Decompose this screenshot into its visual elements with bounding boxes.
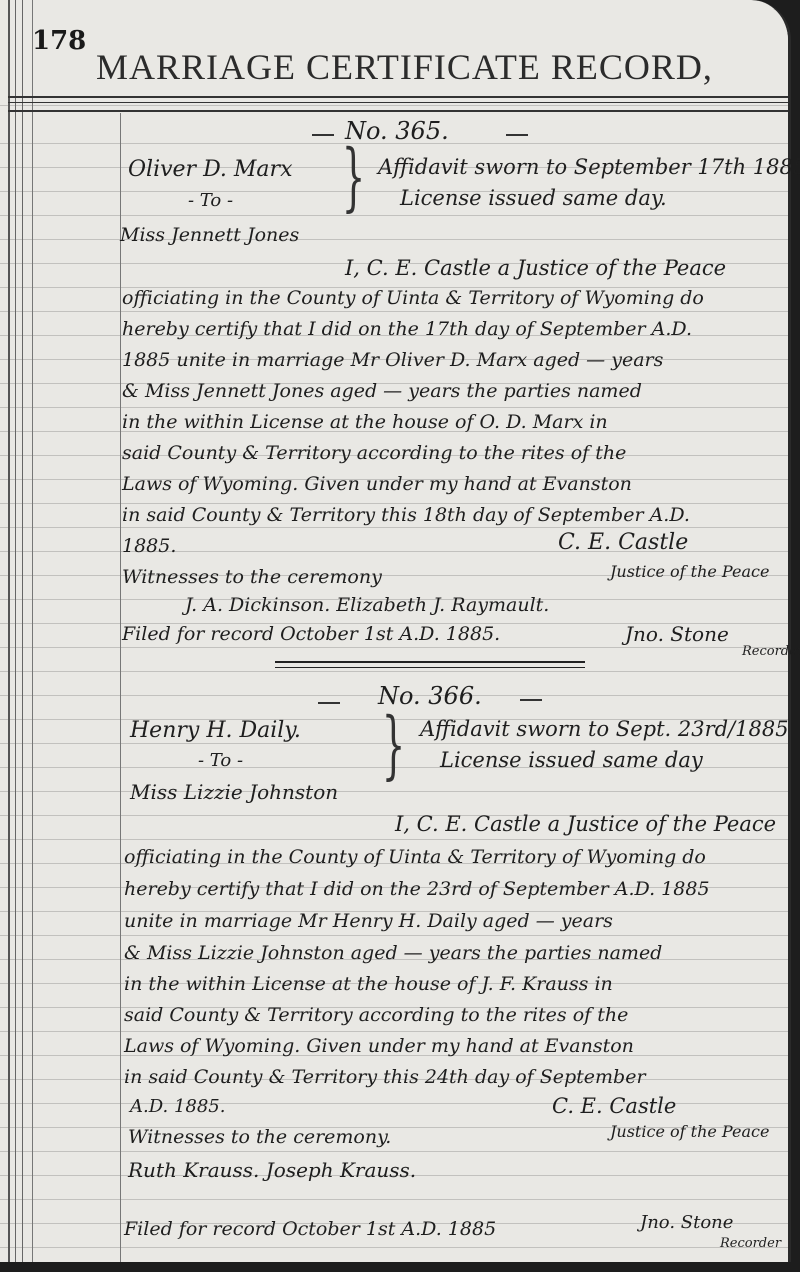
body-line: 1885 unite in marriage Mr Oliver D. Marx…	[122, 349, 663, 371]
body-line: I, C. E. Castle a Justice of the Peace	[395, 812, 776, 836]
body-line: in said County & Territory this 18th day…	[122, 504, 690, 526]
to-label: - To -	[188, 190, 233, 211]
officiant-title: Justice of the Peace	[610, 1122, 769, 1141]
to-label: - To -	[198, 750, 243, 771]
body-line: in said County & Territory this 24th day…	[124, 1066, 646, 1088]
left-margin-rules	[8, 0, 33, 1262]
officiant-signature: C. E. Castle	[558, 530, 688, 555]
body-line: said County & Territory according to the…	[122, 442, 626, 464]
page-title: MARRIAGE CERTIFICATE RECORD,	[96, 46, 713, 88]
groom-name: Henry H. Daily.	[130, 718, 301, 743]
margin-column-line	[120, 113, 121, 1262]
body-line: Laws of Wyoming. Given under my hand at …	[122, 473, 632, 495]
body-line: in the within License at the house of O.…	[122, 411, 608, 433]
body-line: Laws of Wyoming. Given under my hand at …	[124, 1035, 634, 1057]
affidavit-text: Affidavit sworn to September 17th 1885	[378, 155, 800, 179]
recorder-signature: Jno. Stone	[640, 1212, 733, 1233]
bride-name: Miss Lizzie Johnston	[130, 780, 338, 804]
body-line: & Miss Lizzie Johnston aged — years the …	[124, 942, 662, 964]
record-divider	[275, 661, 585, 668]
bride-name: Miss Jennett Jones	[120, 224, 299, 246]
dash-right	[506, 134, 528, 136]
ledger-page: 178 MARRIAGE CERTIFICATE RECORD, No. 365…	[0, 0, 791, 1262]
officiant-title: Justice of the Peace	[610, 562, 769, 581]
body-line: officiating in the County of Uinta & Ter…	[122, 287, 704, 309]
witnesses-label: Witnesses to the ceremony	[122, 566, 382, 588]
page-number: 178	[32, 26, 86, 56]
brace-icon: }	[382, 708, 406, 782]
witnesses-label: Witnesses to the ceremony.	[128, 1126, 391, 1148]
witnesses-names: Ruth Krauss. Joseph Krauss.	[128, 1158, 416, 1182]
body-line: officiating in the County of Uinta & Ter…	[124, 846, 706, 868]
body-line: I, C. E. Castle a Justice of the Peace	[345, 256, 726, 280]
dash-right	[520, 699, 542, 701]
recorder-title: Recorder	[742, 644, 800, 659]
header-triple-rule	[8, 96, 788, 112]
officiant-signature: C. E. Castle	[552, 1094, 676, 1118]
body-line: A.D. 1885.	[130, 1096, 225, 1117]
body-line: in the within License at the house of J.…	[124, 973, 613, 995]
license-text: License issued same day.	[400, 186, 667, 210]
dash-left	[312, 134, 334, 136]
recorder-title: Recorder	[720, 1236, 781, 1251]
license-text: License issued same day	[440, 748, 703, 772]
body-line: 1885.	[122, 535, 176, 557]
groom-name: Oliver D. Marx	[128, 157, 292, 182]
filed-text: Filed for record October 1st A.D. 1885.	[122, 623, 500, 645]
brace-icon: }	[342, 140, 366, 214]
body-line: hereby certify that I did on the 23rd of…	[124, 878, 710, 900]
affidavit-text: Affidavit sworn to Sept. 23rd/1885	[420, 717, 789, 741]
filed-text: Filed for record October 1st A.D. 1885	[124, 1218, 496, 1240]
body-line: said County & Territory according to the…	[124, 1004, 628, 1026]
body-line: unite in marriage Mr Henry H. Daily aged…	[124, 910, 613, 932]
recorder-signature: Jno. Stone	[625, 622, 729, 646]
body-line: & Miss Jennett Jones aged — years the pa…	[122, 380, 642, 402]
dash-left	[318, 702, 340, 704]
body-line: hereby certify that I did on the 17th da…	[122, 318, 692, 340]
witnesses-names: J. A. Dickinson. Elizabeth J. Raymault.	[185, 594, 549, 616]
